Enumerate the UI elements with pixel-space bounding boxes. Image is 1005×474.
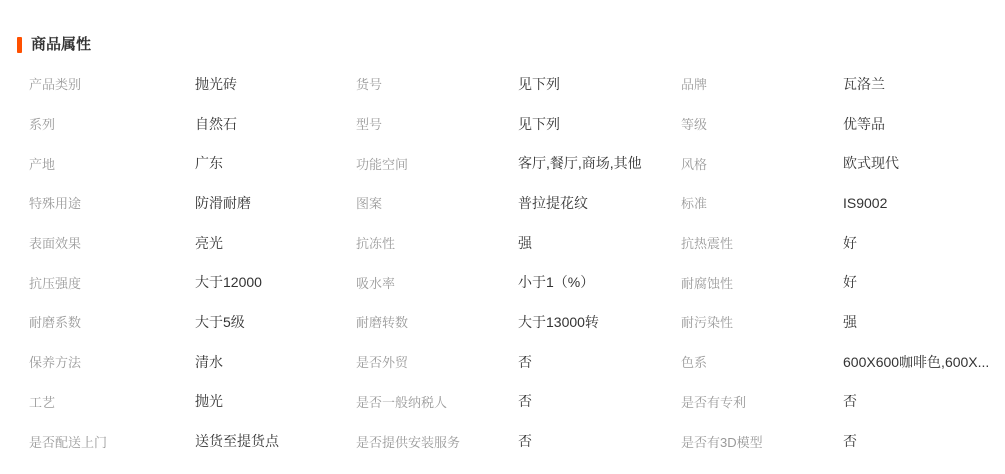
attribute-label: 品牌 xyxy=(681,74,843,93)
attribute-item: 产品类别抛光砖 xyxy=(29,64,356,104)
attribute-item: 是否有3D模型否 xyxy=(681,421,1005,461)
attribute-label: 耐磨转数 xyxy=(356,312,518,331)
attribute-label: 特殊用途 xyxy=(29,193,195,212)
section-title: 商品属性 xyxy=(31,36,91,54)
attribute-label: 图案 xyxy=(356,193,518,212)
attribute-value: 强 xyxy=(843,312,857,332)
product-attributes-panel: 商品属性 产品类别抛光砖货号见下列品牌瓦洛兰系列自然石型号见下列等级优等品产地广… xyxy=(0,36,1005,461)
attribute-value: 清水 xyxy=(195,352,223,372)
attribute-label: 是否一般纳税人 xyxy=(356,392,518,411)
attribute-item: 等级优等品 xyxy=(681,104,1005,144)
attribute-label: 抗压强度 xyxy=(29,273,195,292)
attribute-value: 小于1（%） xyxy=(518,272,594,292)
attribute-label: 是否配送上门 xyxy=(29,432,195,451)
attribute-value: 普拉提花纹 xyxy=(518,193,588,213)
attribute-label: 保养方法 xyxy=(29,352,195,371)
attribute-label: 是否提供安装服务 xyxy=(356,432,518,451)
attribute-label: 产品类别 xyxy=(29,74,195,93)
attribute-label: 型号 xyxy=(356,114,518,133)
attribute-item: 耐磨转数大于13000转 xyxy=(356,302,681,342)
attribute-value: IS9002 xyxy=(843,195,887,211)
attribute-item: 抗热震性好 xyxy=(681,223,1005,263)
attribute-value: 否 xyxy=(843,431,857,451)
attribute-value: 亮光 xyxy=(195,233,223,253)
attribute-value: 抛光砖 xyxy=(195,74,237,94)
attribute-label: 抗冻性 xyxy=(356,233,518,252)
attribute-item: 货号见下列 xyxy=(356,64,681,104)
attribute-item: 是否有专利否 xyxy=(681,382,1005,422)
attribute-item: 特殊用途防滑耐磨 xyxy=(29,183,356,223)
attribute-item: 型号见下列 xyxy=(356,104,681,144)
attribute-item: 系列自然石 xyxy=(29,104,356,144)
attribute-item: 功能空间客厅,餐厅,商场,其他 xyxy=(356,143,681,183)
attribute-value: 否 xyxy=(518,352,532,372)
attribute-label: 产地 xyxy=(29,154,195,173)
attribute-value: 600X600咖啡色,600X... xyxy=(843,352,989,372)
attribute-item: 工艺抛光 xyxy=(29,382,356,422)
attribute-label: 是否有专利 xyxy=(681,392,843,411)
attribute-label: 吸水率 xyxy=(356,273,518,292)
attribute-label: 标准 xyxy=(681,193,843,212)
attribute-value: 防滑耐磨 xyxy=(195,193,251,213)
attribute-item: 耐污染性强 xyxy=(681,302,1005,342)
attribute-item: 色系600X600咖啡色,600X... xyxy=(681,342,1005,382)
attribute-label: 系列 xyxy=(29,114,195,133)
attribute-label: 等级 xyxy=(681,114,843,133)
attribute-label: 色系 xyxy=(681,352,843,371)
attribute-item: 风格欧式现代 xyxy=(681,143,1005,183)
attribute-item: 耐磨系数大于5级 xyxy=(29,302,356,342)
attribute-label: 货号 xyxy=(356,74,518,93)
attribute-item: 是否一般纳税人否 xyxy=(356,382,681,422)
attribute-value: 抛光 xyxy=(195,391,223,411)
attribute-value: 见下列 xyxy=(518,74,560,94)
attribute-label: 是否有3D模型 xyxy=(681,432,843,451)
attribute-item: 表面效果亮光 xyxy=(29,223,356,263)
attribute-label: 风格 xyxy=(681,154,843,173)
attribute-value: 否 xyxy=(518,391,532,411)
attribute-label: 表面效果 xyxy=(29,233,195,252)
attribute-item: 是否提供安装服务否 xyxy=(356,421,681,461)
attribute-item: 保养方法清水 xyxy=(29,342,356,382)
attribute-value: 大于13000转 xyxy=(518,312,599,332)
attribute-item: 吸水率小于1（%） xyxy=(356,262,681,302)
attributes-grid: 产品类别抛光砖货号见下列品牌瓦洛兰系列自然石型号见下列等级优等品产地广东功能空间… xyxy=(29,64,1005,461)
attribute-item: 产地广东 xyxy=(29,143,356,183)
attribute-value: 大于12000 xyxy=(195,272,262,292)
attribute-label: 是否外贸 xyxy=(356,352,518,371)
attribute-item: 是否配送上门送货至提货点 xyxy=(29,421,356,461)
attribute-label: 工艺 xyxy=(29,392,195,411)
attribute-value: 大于5级 xyxy=(195,312,245,332)
attribute-label: 功能空间 xyxy=(356,154,518,173)
attribute-item: 图案普拉提花纹 xyxy=(356,183,681,223)
attribute-value: 好 xyxy=(843,233,857,253)
attribute-value: 优等品 xyxy=(843,114,885,134)
attribute-value: 否 xyxy=(518,431,532,451)
attribute-value: 欧式现代 xyxy=(843,153,899,173)
attribute-value: 好 xyxy=(843,272,857,292)
attribute-item: 品牌瓦洛兰 xyxy=(681,64,1005,104)
attribute-item: 耐腐蚀性好 xyxy=(681,262,1005,302)
attribute-value: 见下列 xyxy=(518,114,560,134)
attribute-value: 强 xyxy=(518,233,532,253)
attribute-item: 标准IS9002 xyxy=(681,183,1005,223)
attribute-item: 抗冻性强 xyxy=(356,223,681,263)
attribute-label: 耐磨系数 xyxy=(29,312,195,331)
attribute-value: 客厅,餐厅,商场,其他 xyxy=(518,153,642,173)
attribute-label: 耐腐蚀性 xyxy=(681,273,843,292)
attribute-item: 抗压强度大于12000 xyxy=(29,262,356,302)
attribute-value: 自然石 xyxy=(195,114,237,134)
attribute-value: 瓦洛兰 xyxy=(843,74,885,94)
attribute-value: 送货至提货点 xyxy=(195,431,279,451)
section-header: 商品属性 xyxy=(17,36,1005,54)
attribute-label: 耐污染性 xyxy=(681,312,843,331)
attribute-label: 抗热震性 xyxy=(681,233,843,252)
attribute-value: 广东 xyxy=(195,153,223,173)
attribute-item: 是否外贸否 xyxy=(356,342,681,382)
accent-bar-icon xyxy=(17,37,22,53)
attribute-value: 否 xyxy=(843,391,857,411)
